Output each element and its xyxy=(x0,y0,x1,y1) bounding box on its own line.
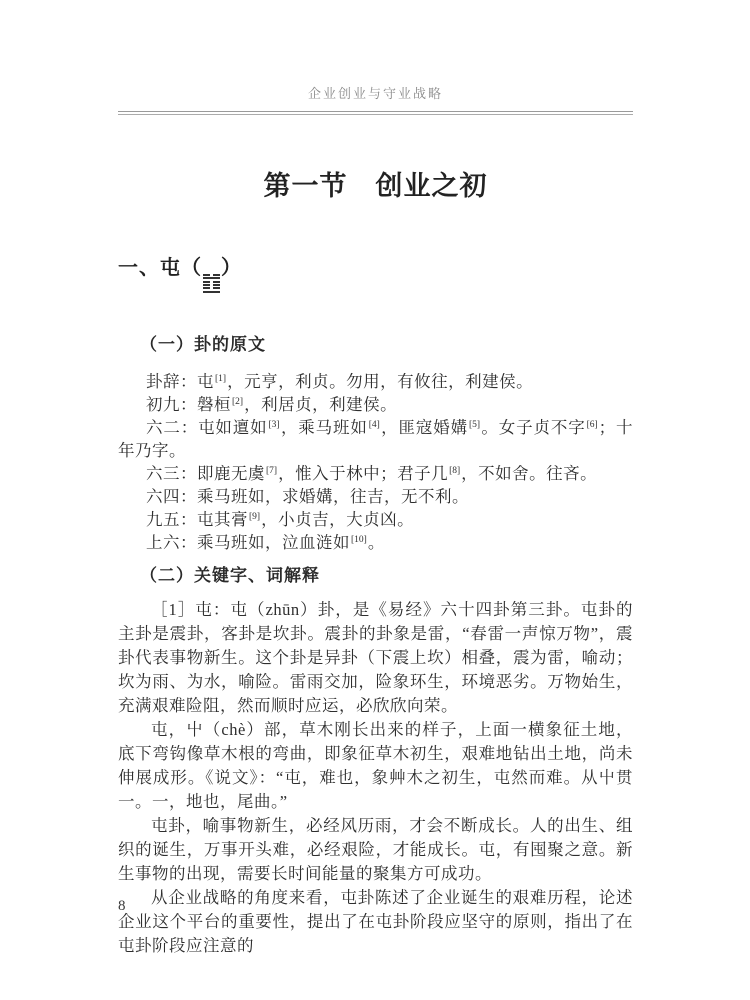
hexagram-line: 六四：乘马班如，求婚媾，往吉，无不利。 xyxy=(118,485,633,508)
body-paragraph: 从企业战略的角度来看，屯卦陈述了企业诞生的艰难历程，论述企业这个平台的重要性，提… xyxy=(118,886,633,958)
page-number: 8 xyxy=(118,898,126,915)
hexagram-line: 卦辞：屯[1]，元亨，利贞。勿用，有攸往，利建侯。 xyxy=(118,370,633,393)
footnote-ref: [5] xyxy=(469,420,480,430)
footnote-ref: [3] xyxy=(269,420,280,430)
hexagram-text-lines: 卦辞：屯[1]，元亨，利贞。勿用，有攸往，利建侯。初九：磐桓[2]，利居贞，利建… xyxy=(118,370,633,554)
footnote-ref: [4] xyxy=(369,420,380,430)
hexagram-row-broken xyxy=(203,284,220,286)
body-paragraph: ［1］屯：屯（zhūn）卦，是《易经》六十四卦第三卦。屯卦的主卦是震卦，客卦是坎… xyxy=(118,598,633,718)
footnote-ref: [2] xyxy=(232,397,243,407)
section-heading-suffix: ） xyxy=(221,257,242,279)
hexagram-line: 九五：屯其膏[9]，小贞吉，大贞凶。 xyxy=(118,508,633,531)
hexagram-row-broken xyxy=(203,281,220,283)
subsection-2-heading: （二）关键字、词解释 xyxy=(118,564,633,588)
footnote-ref: [9] xyxy=(249,512,260,522)
hexagram-row-solid xyxy=(203,291,220,293)
footnote-ref: [8] xyxy=(449,466,460,476)
hexagram-row-broken xyxy=(203,287,220,289)
section-heading: 一、屯（） xyxy=(118,255,633,293)
header-divider xyxy=(118,111,633,115)
book-page: 企业创业与守业战略 第一节 创业之初 一、屯（） （一）卦的原文 卦辞：屯[1]… xyxy=(0,0,750,1000)
footnote-ref: [6] xyxy=(587,420,598,430)
body-paragraph: 屯卦，喻事物新生，必经风历雨，才会不断成长。人的出生、组织的诞生，万事开头难，必… xyxy=(118,814,633,886)
body-paragraph: 屯，屮（chè）部，草木刚长出来的样子，上面一横象征土地，底下弯钩像草木根的弯曲… xyxy=(118,718,633,814)
hexagram-line: 初九：磐桓[2]，利居贞，利建侯。 xyxy=(118,393,633,416)
zhun-hexagram-icon xyxy=(203,274,220,293)
explanation-paragraphs: ［1］屯：屯（zhūn）卦，是《易经》六十四卦第三卦。屯卦的主卦是震卦，客卦是坎… xyxy=(118,598,633,958)
hexagram-row-solid xyxy=(203,277,220,279)
section-heading-prefix: 一、屯（ xyxy=(118,257,202,279)
subsection-1-heading: （一）卦的原文 xyxy=(118,333,633,357)
hexagram-line: 六三：即鹿无虞[7]，惟入于林中；君子几[8]，不如舍。往吝。 xyxy=(118,462,633,485)
running-header: 企业创业与守业战略 xyxy=(118,86,633,102)
footnote-ref: [10] xyxy=(351,535,367,545)
hexagram-line: 六二：屯如邅如[3]，乘马班如[4]，匪寇婚媾[5]。女子贞不字[6]；十年乃字… xyxy=(118,416,633,462)
hexagram-line: 上六：乘马班如，泣血涟如[10]。 xyxy=(118,531,633,554)
page-content: 企业创业与守业战略 第一节 创业之初 一、屯（） （一）卦的原文 卦辞：屯[1]… xyxy=(118,0,633,958)
footnote-ref: [1] xyxy=(215,374,226,384)
footnote-ref: [7] xyxy=(266,466,277,476)
hexagram-row-broken xyxy=(203,274,220,276)
page-title: 第一节 创业之初 xyxy=(118,169,633,203)
